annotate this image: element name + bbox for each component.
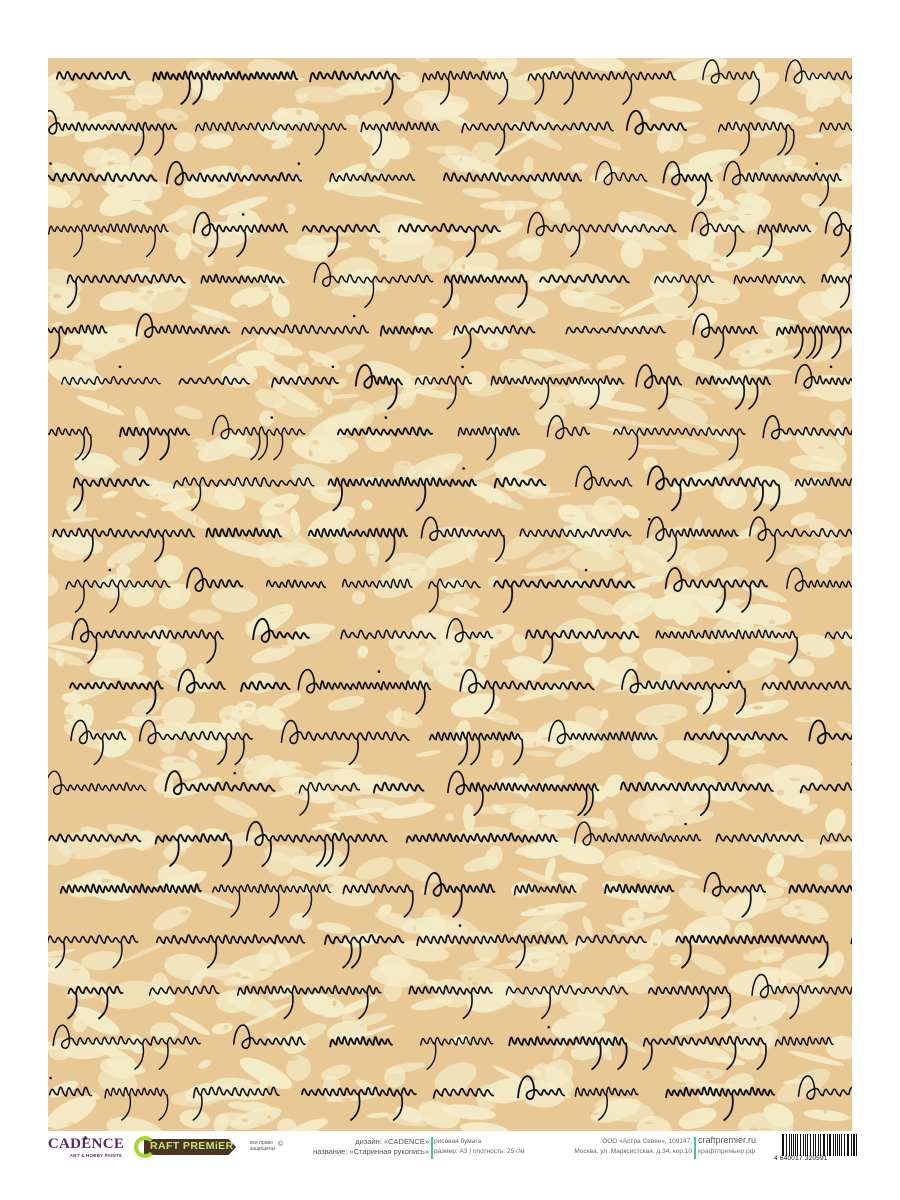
barcode-bar — [810, 1134, 811, 1156]
rights-line-2: защищены — [250, 1146, 278, 1152]
rights-notice: все право защищены © — [250, 1140, 278, 1152]
barcode-bar — [800, 1134, 801, 1156]
craft-premier-logo: RAFT PREMiER — [134, 1136, 244, 1158]
paper-type: рисовая бумага — [434, 1137, 525, 1147]
barcode-bar — [815, 1134, 816, 1156]
cadence-logo: ♣CADENCE ART & HOBBY PAINTS — [46, 1136, 126, 1158]
barcode-bars — [782, 1134, 858, 1156]
footer-imprint: ♣CADENCE ART & HOBBY PAINTS RAFT PREMiER… — [44, 1134, 858, 1166]
barcode-bar — [789, 1134, 790, 1156]
design-credits: дизайн: «CADENCE» название: «Старинная р… — [294, 1137, 429, 1157]
address-line-2: Москва, ул. Марксистская, д.34, кор.10 — [554, 1147, 692, 1157]
barcode-bar — [827, 1134, 828, 1156]
separator-2 — [694, 1137, 696, 1159]
product-name-label: название: «Старинная рукопись» — [294, 1147, 429, 1157]
separator-1 — [431, 1137, 433, 1159]
barcode-bar — [829, 1134, 830, 1156]
handwritten-paper-artwork — [48, 58, 852, 1131]
paper-specs: рисовая бумага размер: А3 | плотность: 2… — [434, 1137, 525, 1157]
company-address: ООО «Астра Севен», 109147, Москва, ул. М… — [554, 1137, 692, 1157]
barcode-bar — [820, 1134, 821, 1156]
barcode-digits: 4 640017 320591 — [774, 1155, 828, 1162]
address-line-1: ООО «Астра Севен», 109147, — [554, 1137, 692, 1147]
copyright-icon: © — [278, 1142, 283, 1148]
barcode-bar — [797, 1134, 798, 1156]
barcode-bar — [795, 1134, 796, 1156]
paper-size-density: размер: А3 | плотность: 25 г/м — [434, 1147, 525, 1157]
barcode-bar — [818, 1134, 819, 1156]
website-links: craftpremier.ru крафтпремьер.рф — [698, 1135, 756, 1157]
barcode-bar — [807, 1134, 808, 1156]
barcode: 4 640017 320591 — [774, 1134, 860, 1164]
website-link-ru[interactable]: craftpremier.ru — [698, 1135, 756, 1146]
website-link-rf[interactable]: крафтпремьер.рф — [698, 1146, 756, 1157]
barcode-bar — [791, 1134, 792, 1156]
barcode-bar — [783, 1134, 784, 1156]
paper-texture — [48, 58, 852, 1131]
logo-ornament-icon: ♣ — [83, 1130, 88, 1146]
barcode-bar — [837, 1134, 838, 1156]
barcode-bar — [851, 1134, 852, 1156]
cadence-tagline: ART & HOBBY PAINTS — [46, 1153, 126, 1158]
barcode-bar — [848, 1134, 849, 1156]
barcode-bar — [786, 1134, 787, 1156]
barcode-bar — [805, 1134, 806, 1156]
barcode-bar — [830, 1134, 831, 1156]
craft-logo-text: RAFT PREMiER — [150, 1140, 234, 1152]
barcode-bar — [841, 1134, 842, 1156]
design-label: дизайн: «CADENCE» — [294, 1137, 429, 1147]
